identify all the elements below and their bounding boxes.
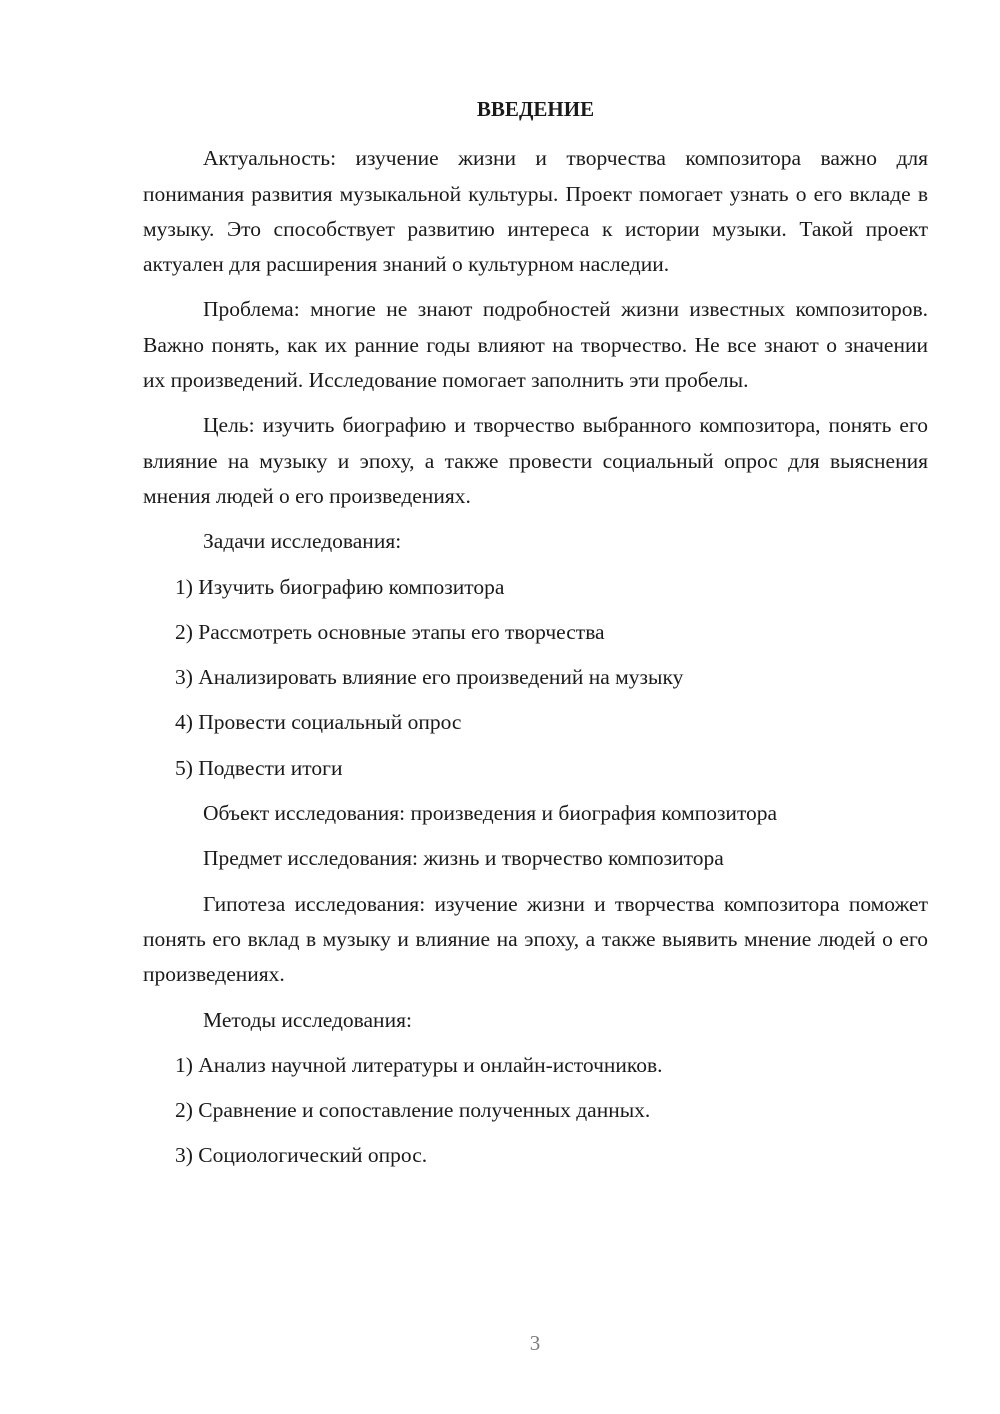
document-page: ВВЕДЕНИЕ Актуальность: изучение жизни и … <box>143 92 928 1184</box>
relevance-paragraph: Актуальность: изучение жизни и творчеств… <box>143 141 928 282</box>
tasks-list: 1) Изучить биографию композитора 2) Расс… <box>143 570 928 786</box>
method-item: 3) Социологический опрос. <box>143 1138 928 1173</box>
goal-paragraph: Цель: изучить биографию и творчество выб… <box>143 408 928 514</box>
method-item: 1) Анализ научной литературы и онлайн-ис… <box>143 1048 928 1083</box>
hypothesis-paragraph: Гипотеза исследования: изучение жизни и … <box>143 887 928 993</box>
method-item: 2) Сравнение и сопоставление полученных … <box>143 1093 928 1128</box>
problem-paragraph: Проблема: многие не знают подробностей ж… <box>143 292 928 398</box>
task-item: 2) Рассмотреть основные этапы его творче… <box>143 615 928 650</box>
page-number: 3 <box>0 1331 1000 1356</box>
methods-list: 1) Анализ научной литературы и онлайн-ис… <box>143 1048 928 1174</box>
section-title: ВВЕДЕНИЕ <box>143 92 928 127</box>
task-item: 4) Провести социальный опрос <box>143 705 928 740</box>
methods-heading: Методы исследования: <box>143 1003 928 1038</box>
task-item: 3) Анализировать влияние его произведени… <box>143 660 928 695</box>
task-item: 5) Подвести итоги <box>143 751 928 786</box>
object-paragraph: Объект исследования: произведения и биог… <box>143 796 928 831</box>
subject-paragraph: Предмет исследования: жизнь и творчество… <box>143 841 928 876</box>
tasks-heading: Задачи исследования: <box>143 524 928 559</box>
task-item: 1) Изучить биографию композитора <box>143 570 928 605</box>
